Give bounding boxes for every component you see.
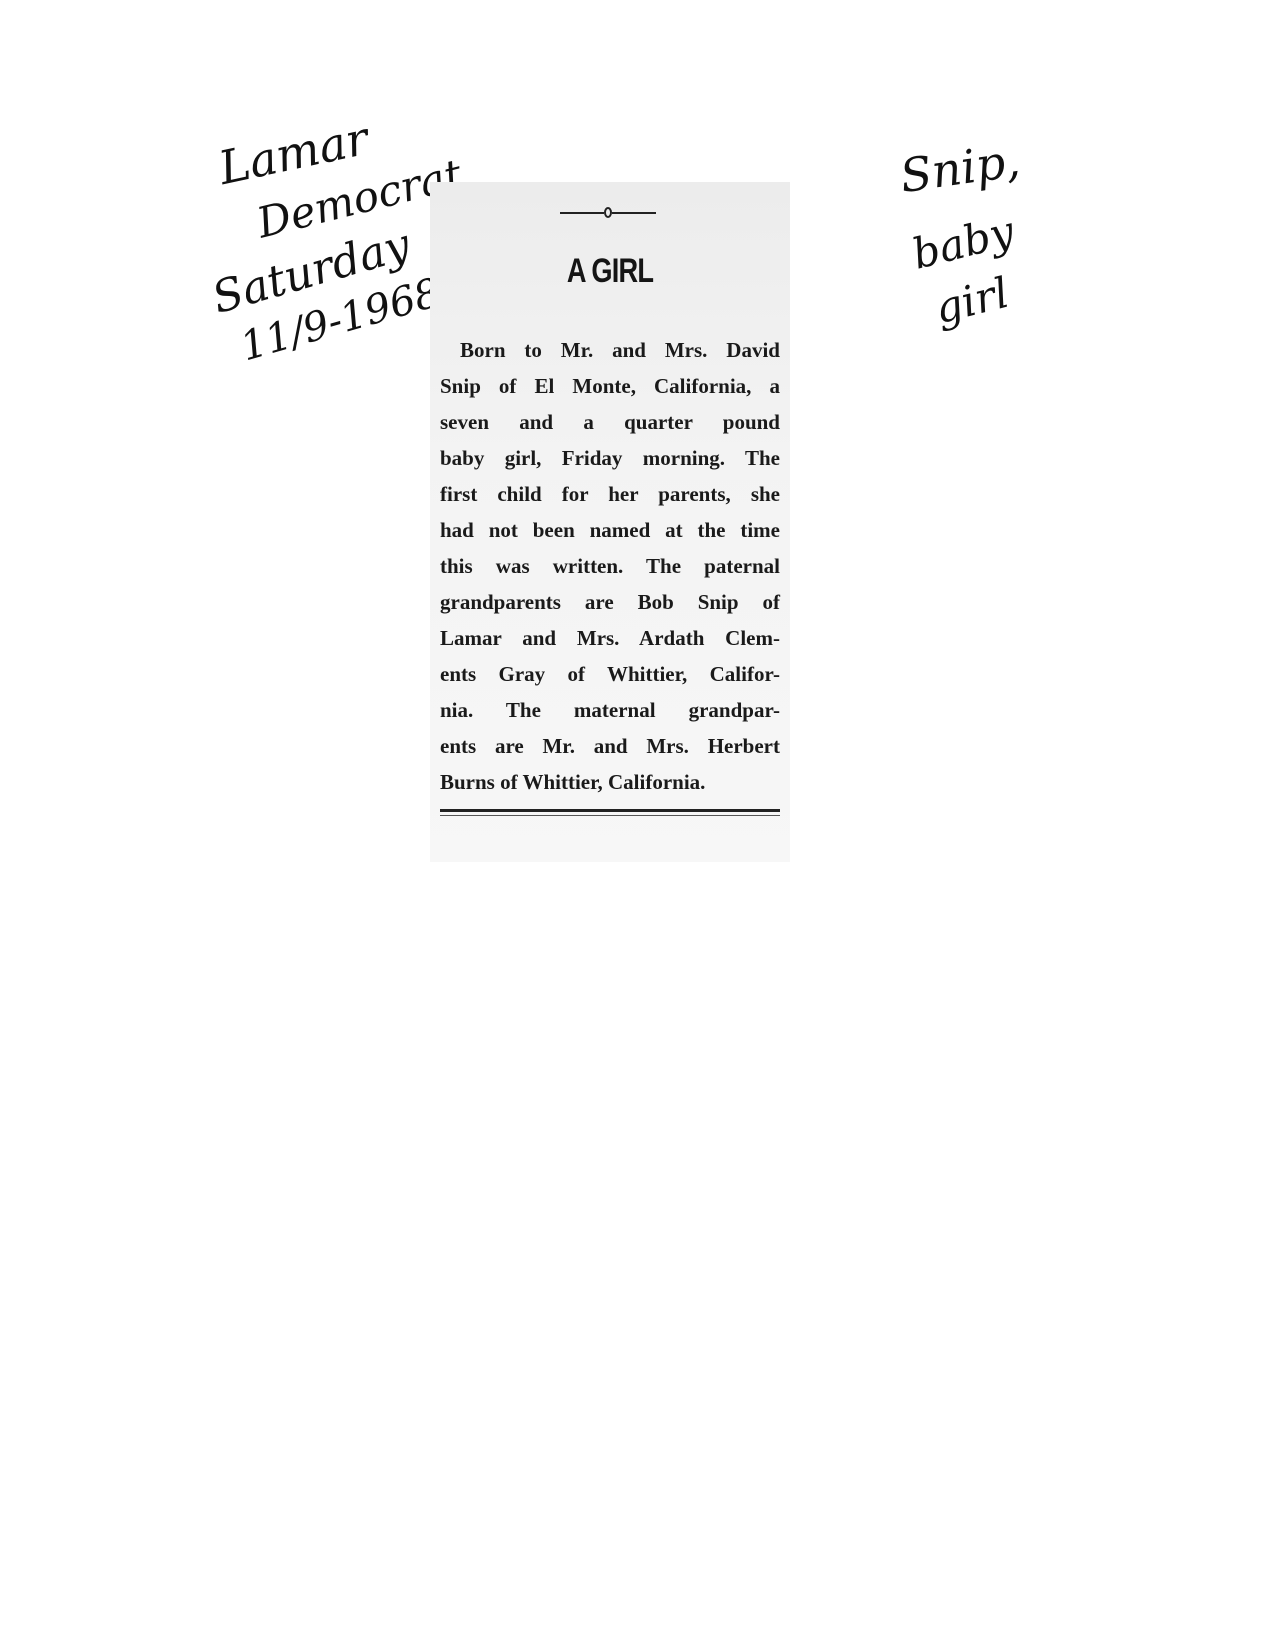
- body-line: had not been named at the time: [440, 512, 780, 548]
- body-line: first child for her parents, she: [440, 476, 780, 512]
- body-line: Snip of El Monte, California, a: [440, 368, 780, 404]
- closing-rule: [440, 809, 780, 812]
- body-line: Burns of Whittier, California.: [440, 764, 780, 800]
- body-line: nia. The maternal grandpar-: [440, 692, 780, 728]
- body-line: grandparents are Bob Snip of: [440, 584, 780, 620]
- body-line: baby girl, Friday morning. The: [440, 440, 780, 476]
- ornament-divider: [560, 206, 660, 220]
- note-line-girl: girl: [931, 272, 1013, 331]
- note-line-snip: Snip,: [897, 137, 1022, 199]
- body-line: ents are Mr. and Mrs. Herbert: [440, 728, 780, 764]
- body-line: ents Gray of Whittier, Califor-: [440, 656, 780, 692]
- clipping-headline: A GIRL: [466, 252, 754, 291]
- body-line: Lamar and Mrs. Ardath Clem-: [440, 620, 780, 656]
- body-line: Born to Mr. and Mrs. David: [440, 332, 780, 368]
- body-line: this was written. The paternal: [440, 548, 780, 584]
- newspaper-clipping: A GIRL Born to Mr. and Mrs. David Snip o…: [430, 182, 790, 862]
- body-line: seven and a quarter pound: [440, 404, 780, 440]
- note-line-baby: baby: [908, 210, 1018, 276]
- clipping-body: Born to Mr. and Mrs. David Snip of El Mo…: [440, 332, 780, 800]
- closing-rule-thin: [440, 815, 780, 816]
